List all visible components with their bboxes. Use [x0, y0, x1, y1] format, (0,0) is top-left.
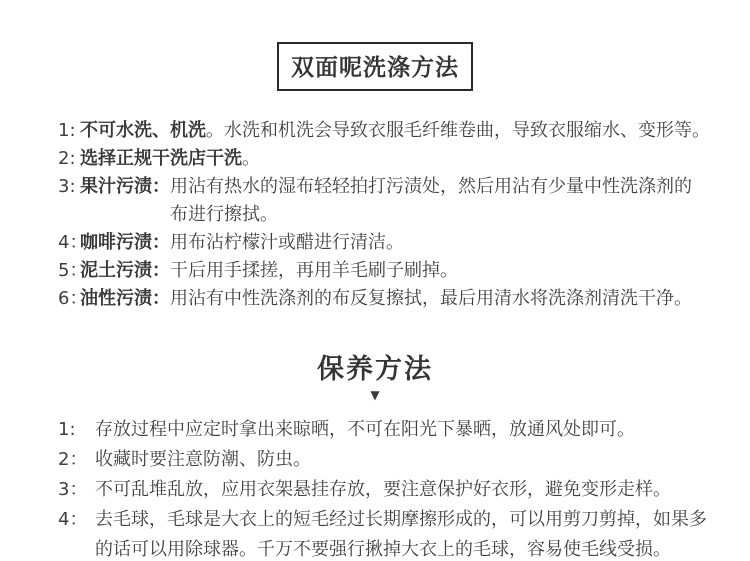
- washing-instructions-page: 双面呢洗涤方法 1: 不可水洗、机洗 。水洗和机洗会导致衣服毛纤维卷曲，导致衣服…: [0, 0, 750, 561]
- item-label: 油性污渍：: [80, 285, 170, 313]
- item-text: 去毛球，毛球是大衣上的短毛经过长期摩擦形成的，可以用剪刀剪掉，如果多的话可以用除…: [95, 505, 716, 561]
- item-text: 用沾有热水的湿布轻轻拍打污渍处，然后用沾有少量中性洗涤剂的布进行擦拭。: [170, 173, 716, 229]
- item-number: 5：: [58, 257, 80, 285]
- page-title: 双面呢洗涤方法: [291, 55, 459, 81]
- list-item: 5： 泥土污渍： 干后用手揉搓，再用羊毛刷子刷掉。: [58, 257, 716, 285]
- item-text-line1: 用沾有热水的湿布轻轻拍打污渍处，然后用沾有少量中性洗涤剂的: [170, 176, 692, 197]
- item-text: 用沾有中性洗涤剂的布反复擦拭，最后用清水将洗涤剂清洗干净。: [170, 285, 716, 313]
- item-text: 不可乱堆乱放，应用衣架悬挂存放，要注意保护好衣形，避免变形走样。: [95, 475, 716, 505]
- list-item: 1: 存放过程中应定时拿出来晾晒，不可在阳光下暴晒，放通风处即可。: [58, 415, 716, 445]
- item-text: 用布沾柠檬汁或醋进行清洁。: [170, 229, 716, 257]
- item-number: 6：: [58, 285, 80, 313]
- list-item: 3: 果汁污渍： 用沾有热水的湿布轻轻拍打污渍处，然后用沾有少量中性洗涤剂的布进…: [58, 173, 716, 229]
- list-item: 1: 不可水洗、机洗 。水洗和机洗会导致衣服毛纤维卷曲，导致衣服缩水、变形等。: [58, 117, 716, 145]
- care-method-list: 1: 存放过程中应定时拿出来晾晒，不可在阳光下暴晒，放通风处即可。 2： 收藏时…: [58, 415, 716, 561]
- item-number: 2:: [58, 145, 80, 173]
- care-method-heading: 保养方法: [0, 347, 750, 386]
- item-number: 4：: [58, 505, 95, 535]
- item-number: 3：: [58, 475, 95, 505]
- list-item: 3： 不可乱堆乱放，应用衣架悬挂存放，要注意保护好衣形，避免变形走样。: [58, 475, 716, 505]
- item-label: 选择正规干洗店干洗: [80, 145, 242, 173]
- item-label: 咖啡污渍：: [80, 229, 170, 257]
- item-text: 。: [242, 145, 716, 173]
- item-label: 不可水洗、机洗: [80, 117, 206, 145]
- item-text: 存放过程中应定时拿出来晾晒，不可在阳光下暴晒，放通风处即可。: [95, 415, 716, 445]
- list-item: 4： 咖啡污渍： 用布沾柠檬汁或醋进行清洁。: [58, 229, 716, 257]
- item-number: 1:: [58, 415, 95, 445]
- item-number: 1:: [58, 117, 80, 145]
- item-number: 3:: [58, 173, 80, 201]
- page-title-box: 双面呢洗涤方法: [277, 42, 473, 91]
- item-text-line1: 去毛球，毛球是大衣上的短毛经过长期摩擦形成的，可以用剪刀剪掉，如果多: [95, 509, 707, 530]
- item-label: 泥土污渍：: [80, 257, 170, 285]
- item-number: 2：: [58, 445, 95, 475]
- item-text-line2: 的话可以用除球器。千万不要强行揪掉大衣上的毛球，容易使毛线受损。: [95, 539, 671, 560]
- item-number: 4：: [58, 229, 80, 257]
- list-item: 4： 去毛球，毛球是大衣上的短毛经过长期摩擦形成的，可以用剪刀剪掉，如果多的话可…: [58, 505, 716, 561]
- item-text: 收藏时要注意防潮、防虫。: [95, 445, 716, 475]
- washing-method-list: 1: 不可水洗、机洗 。水洗和机洗会导致衣服毛纤维卷曲，导致衣服缩水、变形等。 …: [58, 117, 716, 313]
- item-label: 果汁污渍：: [80, 173, 170, 201]
- list-item: 2: 选择正规干洗店干洗 。: [58, 145, 716, 173]
- item-text: 。水洗和机洗会导致衣服毛纤维卷曲，导致衣服缩水、变形等。: [206, 117, 716, 145]
- item-text-line2: 布进行擦拭。: [170, 204, 278, 225]
- item-text: 干后用手揉搓，再用羊毛刷子刷掉。: [170, 257, 716, 285]
- list-item: 2： 收藏时要注意防潮、防虫。: [58, 445, 716, 475]
- list-item: 6： 油性污渍： 用沾有中性洗涤剂的布反复擦拭，最后用清水将洗涤剂清洗干净。: [58, 285, 716, 313]
- down-triangle-icon: ▼: [0, 387, 750, 403]
